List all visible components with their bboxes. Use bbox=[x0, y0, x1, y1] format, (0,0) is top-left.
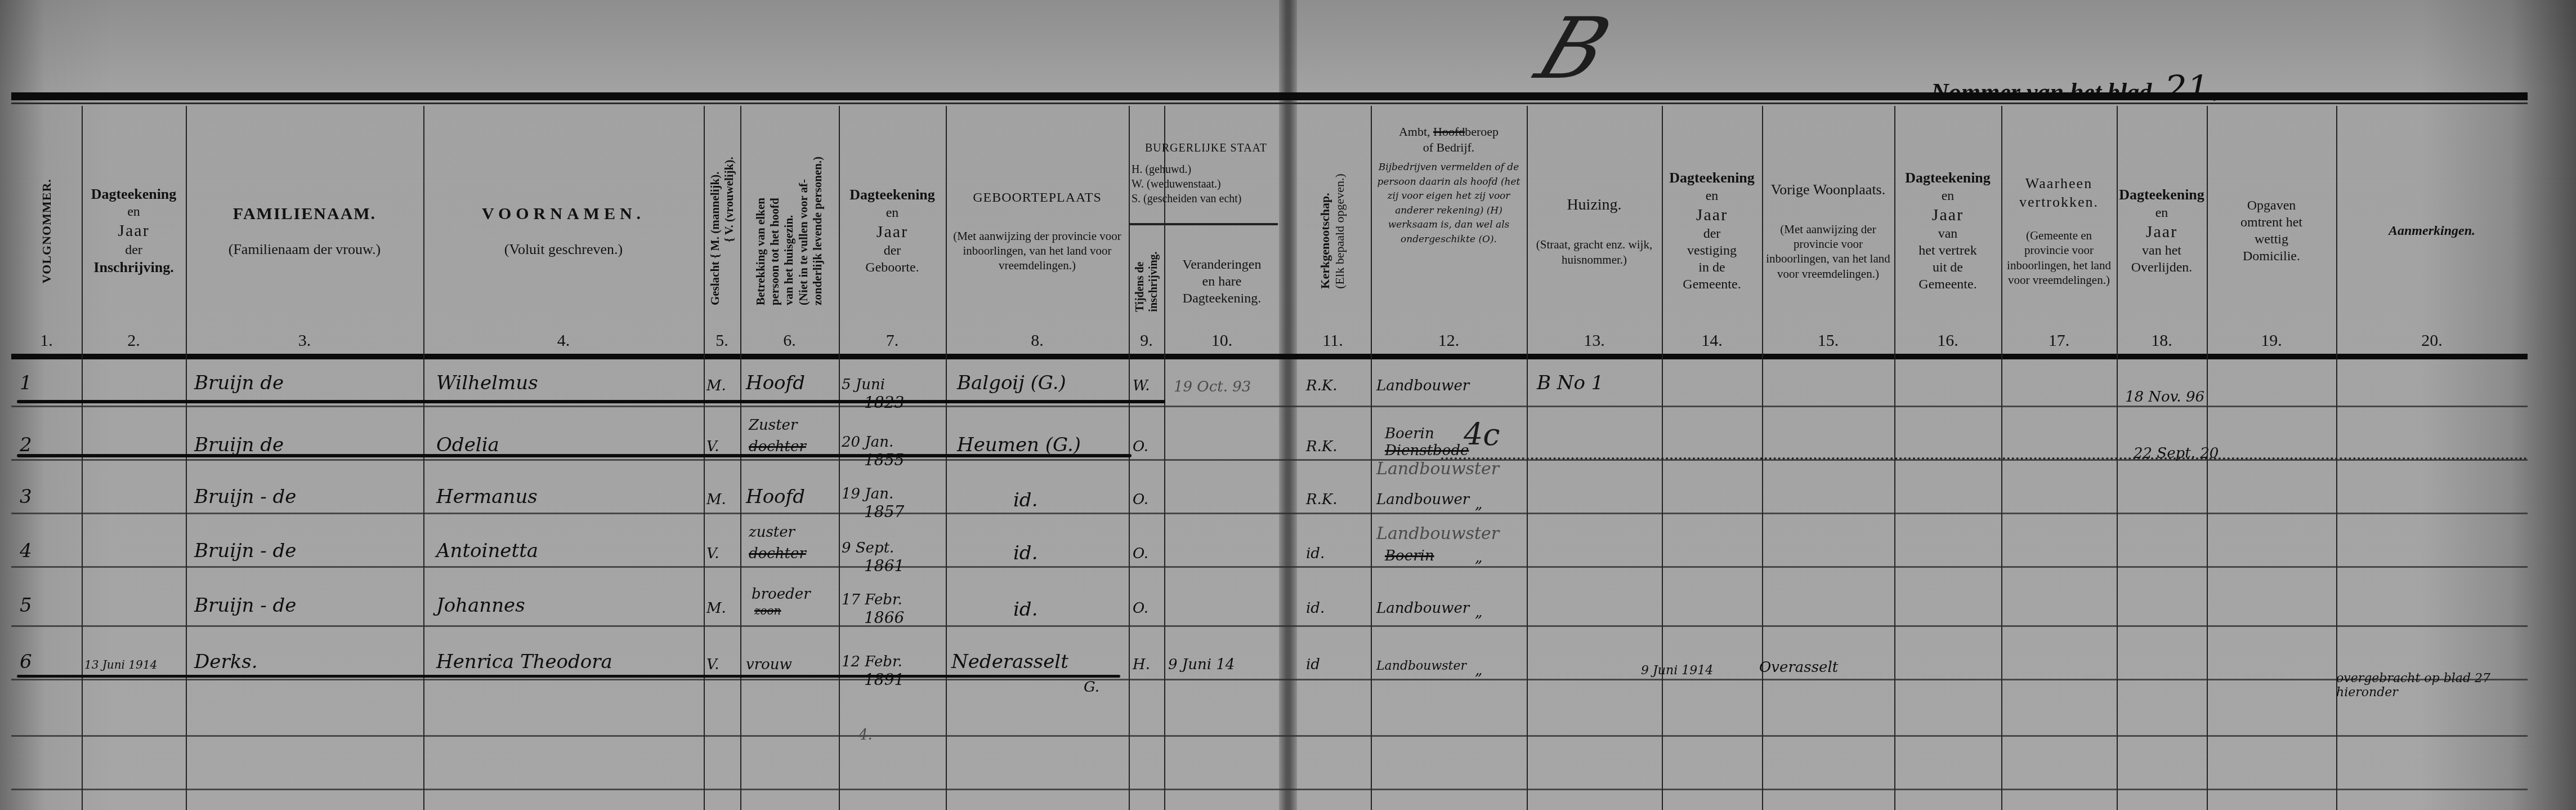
cell-volgnommer: 4 bbox=[20, 540, 32, 562]
cell-familienaam: Bruijn - de bbox=[194, 540, 296, 562]
header-vorige-woonplaats: Vorige Woonplaats. (Met aanwijzing der p… bbox=[1762, 107, 1894, 355]
cell-voornamen: Henrica Theodora bbox=[436, 651, 612, 673]
cell-below-note: 4. bbox=[858, 727, 873, 744]
header-vertrek: Dagteekening en Jaar van het vertrek uit… bbox=[1894, 107, 2001, 355]
row-strikethrough bbox=[17, 454, 1132, 457]
header-top-thin-rule bbox=[11, 103, 2528, 104]
column-number: 16. bbox=[1894, 331, 2001, 350]
cell-burgerlijke-staat: O. bbox=[1133, 438, 1148, 455]
cell-huizing: „ bbox=[1475, 604, 1482, 621]
cell-volgnommer: 6 bbox=[20, 651, 32, 673]
header-top-rule bbox=[11, 92, 2528, 100]
row-dotted-line bbox=[1441, 457, 2528, 460]
header-inschrijving: Dagteekening en Jaar der Inschrijving. bbox=[82, 107, 186, 355]
row-line bbox=[11, 789, 2528, 790]
cell-volgnommer: 3 bbox=[20, 486, 32, 508]
header-overlijden: Dagteekening en Jaar van het Overlijden. bbox=[2117, 107, 2207, 355]
cell-geboorteplaats: Balgoij (G.) bbox=[957, 372, 1066, 394]
cell-geboorte-datum: 5 Juni 1823 bbox=[842, 376, 904, 412]
cell-familienaam: Bruijn de bbox=[194, 372, 284, 394]
column-number: 18. bbox=[2117, 331, 2207, 350]
cell-kerkgenootschap: id. bbox=[1306, 545, 1325, 562]
cell-huizing: „ bbox=[1475, 662, 1482, 679]
row-line bbox=[11, 625, 2528, 627]
corner-mark-b: B bbox=[1524, 0, 1622, 98]
cell-kerkgenootschap: R.K. bbox=[1306, 438, 1338, 455]
cell-beroep: Landbouwer bbox=[1376, 600, 1469, 617]
col-divider bbox=[1129, 106, 1130, 810]
cell-veranderingen: 9 Juni 14 bbox=[1168, 656, 1235, 673]
cell-geboorte-datum: 9 Sept. 1861 bbox=[842, 540, 904, 575]
header-voornamen: VOORNAMEN. (Voluit geschreven.) bbox=[423, 107, 704, 355]
row-line bbox=[11, 679, 2528, 680]
cell-kerkgenootschap: R.K. bbox=[1306, 491, 1338, 508]
cell-volgnommer: 5 bbox=[20, 594, 32, 617]
cell-beroep: Landbouwster bbox=[1376, 524, 1499, 544]
cell-geboorte-datum: 12 Febr. 1891 bbox=[842, 653, 904, 689]
cell-geboorteplaats-provincie: G. bbox=[1084, 679, 1099, 696]
cell-burgerlijke-staat: O. bbox=[1133, 491, 1148, 508]
column-number: 3. bbox=[186, 331, 423, 350]
cell-geslacht: M. bbox=[706, 377, 726, 394]
cell-geboorte-datum: 17 Febr. 1866 bbox=[842, 591, 904, 627]
column-number: 6. bbox=[740, 331, 839, 350]
column-number: 14. bbox=[1662, 331, 1762, 350]
cell-burgerlijke-staat: O. bbox=[1133, 545, 1148, 562]
header-veranderingen: Veranderingen en hare Dagteekening. bbox=[1164, 225, 1280, 338]
header-kerkgenootschap: Kerkgenootschap. (Elk bepaald opgeven.) bbox=[1295, 107, 1371, 355]
cell-veranderingen: 19 Oct. 93 bbox=[1174, 379, 1251, 395]
cell-volgnommer: 2 bbox=[20, 434, 32, 456]
column-number: 4. bbox=[423, 331, 704, 350]
cell-familienaam: Derks. bbox=[194, 651, 258, 673]
row-strikethrough bbox=[17, 400, 1165, 403]
cell-kerkgenootschap: id bbox=[1306, 656, 1320, 673]
row-line bbox=[11, 566, 2528, 568]
cell-beroep: Boerin bbox=[1385, 425, 1434, 442]
column-number: 9. bbox=[1129, 331, 1164, 350]
cell-beroep-struck: Boerin bbox=[1385, 548, 1434, 564]
cell-beroep-struck: Dienstbode bbox=[1385, 442, 1469, 459]
cell-geboorteplaats: id. bbox=[1013, 489, 1037, 511]
column-number: 8. bbox=[946, 331, 1129, 350]
register-page: B Nommer van het blad 21. VOLGNOMMER. Da… bbox=[0, 0, 2576, 810]
cell-familienaam: Bruijn - de bbox=[194, 486, 296, 508]
cell-geboorte-datum: 20 Jan. 1855 bbox=[842, 434, 904, 469]
cell-geslacht: V. bbox=[706, 438, 719, 455]
cell-betrekking: broeder bbox=[752, 586, 811, 603]
cell-burgerlijke-staat: W. bbox=[1133, 377, 1150, 394]
cell-huizing: „ bbox=[1475, 549, 1482, 566]
cell-betrekking: Hoofd bbox=[746, 372, 805, 394]
header-beroep: Ambt, Hoofdberoep of Bedrijf. Bijbedrijv… bbox=[1371, 107, 1527, 355]
cell-burgerlijke-staat: O. bbox=[1133, 600, 1148, 617]
col-divider bbox=[1164, 106, 1165, 810]
row-line bbox=[11, 735, 2528, 737]
column-number: 10. bbox=[1164, 331, 1280, 350]
column-number: 7. bbox=[839, 331, 946, 350]
column-number: 13. bbox=[1527, 331, 1662, 350]
column-number: 17. bbox=[2001, 331, 2117, 350]
row-strikethrough bbox=[17, 675, 1120, 678]
cell-kerkgenootschap: R.K. bbox=[1306, 377, 1338, 394]
cell-familienaam: Bruijn de bbox=[194, 434, 284, 456]
cell-voornamen: Johannes bbox=[436, 594, 525, 617]
cell-betrekking: zuster bbox=[749, 524, 795, 541]
column-number: 5. bbox=[704, 331, 740, 350]
cell-geboorteplaats: Nederasselt bbox=[951, 651, 1068, 673]
cell-geslacht: V. bbox=[706, 656, 719, 673]
cell-betrekking: Hoofd bbox=[746, 486, 805, 508]
header-tijdens-inschrijving: Tijdens de inschrijving. bbox=[1129, 225, 1164, 338]
cell-geboorteplaats: id. bbox=[1013, 542, 1037, 564]
cell-kerkgenootschap: id. bbox=[1306, 600, 1325, 617]
cell-geslacht: M. bbox=[706, 600, 726, 617]
cell-beroep-faint: Landbouwster bbox=[1376, 459, 1499, 479]
cell-huizing: 4c bbox=[1464, 417, 1500, 452]
header-volgnommer: VOLGNOMMER. bbox=[11, 107, 82, 355]
cell-betrekking: vrouw bbox=[746, 656, 792, 673]
cell-geslacht: V. bbox=[706, 545, 719, 562]
row-line bbox=[11, 406, 2528, 407]
cell-geboorte-datum: 19 Jan. 1857 bbox=[842, 486, 904, 521]
cell-inschrijving: 13 Juni 1914 bbox=[84, 658, 157, 671]
cell-betrekking-struck: dochter bbox=[749, 545, 806, 562]
cell-beroep: Landbouwster bbox=[1376, 659, 1466, 673]
cell-betrekking-struck: zoon bbox=[754, 604, 781, 617]
header-familienaam: FAMILIENAAM. (Familienaam der vrouw.) bbox=[186, 107, 423, 355]
cell-voornamen: Wilhelmus bbox=[436, 372, 538, 394]
cell-geboorteplaats: Heumen (G.) bbox=[957, 434, 1081, 456]
column-number: 15. bbox=[1762, 331, 1894, 350]
cell-huizing: B No 1 bbox=[1537, 372, 1603, 394]
header-domicilie: Opgaven omtrent het wettig Domicilie. bbox=[2207, 107, 2336, 355]
cell-overlijden: 18 Nov. 96 bbox=[2125, 389, 2204, 406]
cell-vestiging: 9 Juni 1914 bbox=[1641, 664, 1713, 678]
header-vestiging: Dagteekening en Jaar der vestiging in de… bbox=[1662, 107, 1762, 355]
cell-beroep: Landbouwer bbox=[1376, 491, 1469, 508]
cell-betrekking: Zuster bbox=[749, 417, 797, 434]
cell-voornamen: Antoinetta bbox=[436, 540, 538, 562]
cell-burgerlijke-staat: H. bbox=[1133, 656, 1150, 673]
header-betrekking: Betrekking van elken persoon tot het hoo… bbox=[740, 107, 839, 355]
header-beroep-handwritten-note: Bijbedrijven vermelden of de persoon daa… bbox=[1371, 161, 1527, 247]
cell-beroep: Landbouwer bbox=[1376, 377, 1469, 394]
cell-voornamen: Hermanus bbox=[436, 486, 538, 508]
header-huizing: Huizing. (Straat, gracht enz. wijk, huis… bbox=[1527, 107, 1662, 355]
column-number: 11. bbox=[1295, 331, 1371, 350]
cell-geslacht: M. bbox=[706, 491, 726, 508]
column-number: 1. bbox=[11, 331, 82, 350]
column-number: 2. bbox=[82, 331, 186, 350]
column-number: 19. bbox=[2207, 331, 2336, 350]
cell-huizing: „ bbox=[1475, 496, 1482, 513]
column-number: 12. bbox=[1371, 331, 1527, 350]
header-geboorte-datum: Dagteekening en Jaar der Geboorte. bbox=[839, 107, 946, 355]
cell-familienaam: Bruijn - de bbox=[194, 594, 296, 617]
cell-geboorteplaats: id. bbox=[1013, 598, 1037, 621]
cell-vorige-woonplaats: Overasselt bbox=[1759, 659, 1838, 676]
header-aanmerkingen: Aanmerkingen. bbox=[2336, 107, 2528, 355]
cell-betrekking-struck: dochter bbox=[749, 438, 806, 455]
cell-voornamen: Odelia bbox=[436, 434, 499, 456]
cell-aanmerkingen: overgebracht op blad 27 hieronder bbox=[2336, 671, 2522, 700]
header-waarheen: Waarheen vertrokken. (Gemeente en provin… bbox=[2001, 107, 2117, 355]
header-burgerlijke-staat: BURGERLIJKE STAAT H. (gehuwd.) W. (weduw… bbox=[1132, 141, 1281, 206]
cell-volgnommer: 1 bbox=[20, 372, 32, 394]
header-geboorteplaats: GEBOORTEPLAATS (Met aanwijzing der provi… bbox=[946, 107, 1129, 355]
row-line bbox=[11, 513, 2528, 514]
column-number: 20. bbox=[2336, 331, 2528, 350]
header-geslacht: Geslacht { M. (mannelijk). { V. (vrouwel… bbox=[704, 107, 740, 355]
